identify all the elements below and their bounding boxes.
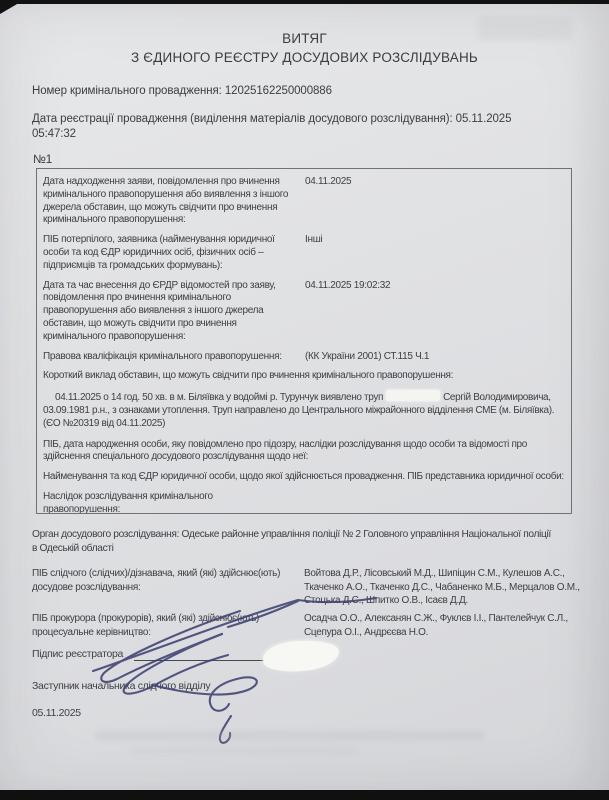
row-label: Дата та час внесення до ЄРДР відомостей … (43, 280, 299, 344)
prosecutors-label: ПІБ прокурора (прокурорів), який (які) з… (32, 612, 304, 639)
table-row-legal-qualification: Правова кваліфікація кримінального право… (43, 351, 564, 364)
summary-label: Короткий виклад обставин, що можуть свід… (43, 370, 564, 383)
record-number: №1 (33, 152, 52, 166)
signature-line (134, 660, 266, 661)
case-number-value: 12025162250000886 (225, 85, 332, 97)
title-line-2: З ЄДИНОГО РЕЄСТРУ ДОСУДОВИХ РОЗСЛІДУВАНЬ (0, 48, 609, 67)
investigators-row: ПІБ слідчого (слідчих)/дізнавача, який (… (32, 567, 582, 608)
authority-line-1: Орган досудового розслідування: Одеське … (32, 528, 592, 542)
registrar-signature-label: Підпис реєстратора (32, 648, 123, 660)
summary-paragraph: 04.11.2025 о 14 год. 50 хв. в м. Біляївк… (43, 390, 564, 430)
registration-time-text: 05:47:32 (32, 127, 584, 142)
row-label: ПІБ потерпілого, заявника (найменування … (43, 234, 299, 272)
document-date: 05.11.2025 (32, 707, 81, 719)
legal-entity-label: Найменування та код ЄДР юридичної особи,… (43, 471, 564, 484)
investigators-label: ПІБ слідчого (слідчих)/дізнавача, який (… (32, 567, 304, 608)
row-value: 04.11.2025 19:02:32 (299, 280, 564, 344)
scan-edge-corner (0, 0, 24, 14)
suspect-label: ПІБ, дата народження особи, яку повідомл… (43, 439, 564, 465)
registration-date-text: Дата реєстрації провадження (виділення м… (32, 112, 584, 127)
investigators-names: Войтова Д.Р., Лісовський М.Д., Шипіцин С… (304, 567, 582, 608)
signer-title: Заступник начальника слідчого відділу (32, 680, 210, 692)
registration-date-line: Дата реєстрації провадження (виділення м… (32, 112, 584, 142)
table-row-erdr-entry: Дата та час внесення до ЄРДР відомостей … (43, 280, 564, 344)
scanned-document-page: ВИТЯГ З ЄДИНОГО РЕЄСТРУ ДОСУДОВИХ РОЗСЛІ… (0, 0, 609, 800)
case-number-label: Номер кримінального провадження: (32, 85, 222, 97)
prosecutors-row: ПІБ прокурора (прокурорів), який (які) з… (32, 612, 582, 639)
investigation-authority: Орган досудового розслідування: Одеське … (32, 528, 592, 556)
redacted-surname (386, 390, 440, 401)
row-value: 04.11.2025 (299, 176, 564, 227)
prosecutors-names: Осадча О.О., Алексанян С.Ж., Фуклєв І.І.… (304, 612, 582, 639)
redacted-registrar-signature (262, 638, 340, 673)
case-number-line: Номер кримінального провадження: 1202516… (32, 85, 332, 97)
row-label: Дата надходження заяви, повідомлення про… (43, 176, 299, 227)
outcome-label: Наслідок розслідування кримінального пра… (43, 491, 253, 514)
row-label: Правова кваліфікація кримінального право… (43, 351, 299, 364)
authority-line-2: в Одеській області (32, 542, 592, 556)
row-value: (КК України 2001) СТ.115 Ч.1 (299, 351, 564, 364)
faint-page-ghost-text (478, 16, 573, 40)
record-table: Дата надходження заяви, повідомлення про… (36, 168, 572, 514)
summary-text-before: 04.11.2025 о 14 год. 50 хв. в м. Біляївк… (55, 392, 383, 403)
scan-edge-top (0, 0, 609, 4)
bleedthrough-smudge (95, 731, 485, 740)
table-row-receipt-date: Дата надходження заяви, повідомлення про… (43, 176, 564, 227)
scan-edge-bottom (0, 790, 609, 800)
bleedthrough-smudge (130, 747, 360, 754)
row-value: Інші (299, 234, 564, 272)
table-row-victim: ПІБ потерпілого, заявника (найменування … (43, 234, 564, 272)
